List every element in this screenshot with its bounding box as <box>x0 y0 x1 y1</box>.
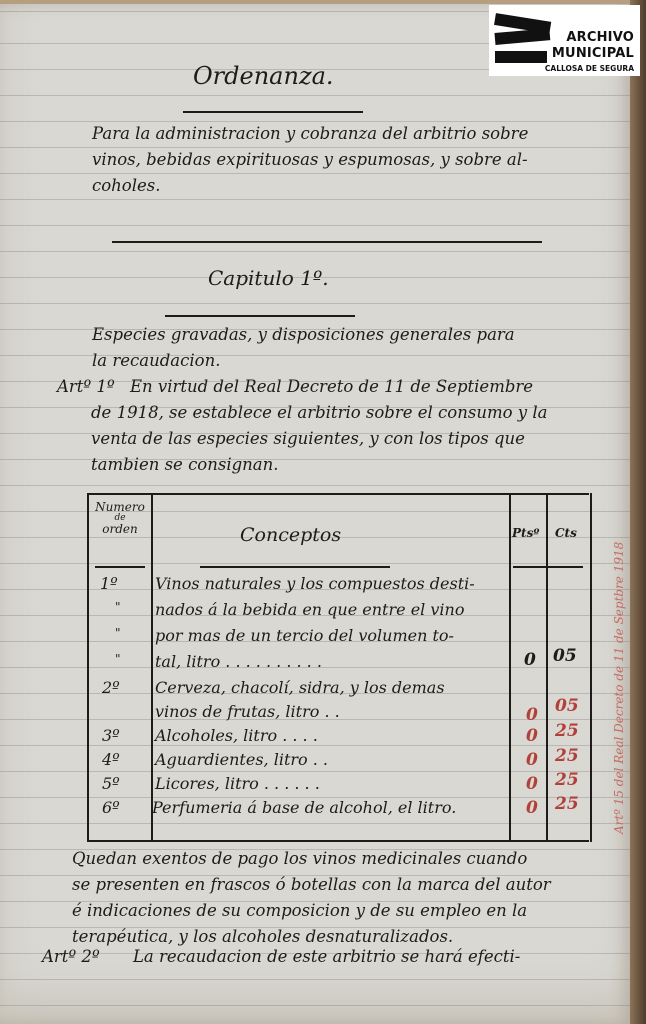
table-bottom-border <box>89 840 589 842</box>
row-concept: Perfumeria á base de alcohol, el litro. <box>152 798 456 817</box>
chapter-subtitle-line: la recaudacion. <box>92 348 515 374</box>
exemption-line: Quedan exentos de pago los vinos medicin… <box>72 846 551 872</box>
table-col-divider <box>546 493 548 842</box>
logo-text-location: CALLOSA DE SEGURA <box>545 64 634 73</box>
row-pesetas: 0 <box>526 774 538 794</box>
row-number: 1º <box>100 574 118 593</box>
chapter-title: Capitulo 1º. <box>208 266 329 290</box>
row-concept: nados á la bebida en que entre el vino <box>155 600 464 619</box>
header-pesetas: Ptsº <box>512 526 539 540</box>
row-centimos: 25 <box>555 746 579 766</box>
row-centimos: 25 <box>555 794 579 814</box>
row-concept: Aguardientes, litro . . <box>155 750 328 769</box>
row-concept: vinos de frutas, litro . . <box>155 702 340 721</box>
row-number: 4º <box>102 750 120 769</box>
row-number: 5º <box>102 774 120 793</box>
paper-right-edge <box>630 0 646 1024</box>
logo-text-archivo: ARCHIVO <box>566 30 634 45</box>
logo-text-municipal: MUNICIPAL <box>552 46 634 61</box>
header-text: orden <box>89 523 151 536</box>
header-centimos: Cts <box>555 526 577 540</box>
row-concept: Cerveza, chacolí, sidra, y los demas <box>155 678 445 697</box>
row-number: " <box>115 600 121 614</box>
table-col-divider <box>151 493 153 842</box>
row-number: " <box>115 626 121 640</box>
row-pesetas: 0 <box>526 726 538 746</box>
archive-logo: ARCHIVO MUNICIPAL CALLOSA DE SEGURA <box>489 5 640 76</box>
row-number: 2º <box>102 678 120 697</box>
chapter-subtitle-line: Especies gravadas, y disposiciones gener… <box>92 322 515 348</box>
row-pesetas: 0 <box>524 650 536 670</box>
row-concept: por mas de un tercio del volumen to- <box>155 626 454 645</box>
header-numero-orden: Numero de orden <box>89 501 151 536</box>
article-2-label: Artº 2º <box>42 947 100 966</box>
header-conceptos: Conceptos <box>240 524 341 546</box>
logo-stripe-icon <box>495 51 547 63</box>
table-right-border <box>590 493 592 842</box>
row-number: 3º <box>102 726 120 745</box>
header-underline <box>95 566 145 568</box>
exemption-paragraph: Quedan exentos de pago los vinos medicin… <box>72 846 551 950</box>
row-pesetas: 0 <box>526 798 538 818</box>
margin-annotation: Artº 15 del Real Decreto de 11 de Septbr… <box>612 542 626 834</box>
article-1-line: de 1918, se establece el arbitrio sobre … <box>57 400 547 426</box>
article-2-text: La recaudacion de este arbitrio se hará … <box>133 947 520 966</box>
intro-line: coholes. <box>92 173 528 199</box>
row-concept: Alcoholes, litro . . . . <box>155 726 318 745</box>
article-1-label: Artº 1º <box>57 377 115 396</box>
logo-stripe-icon <box>494 28 550 45</box>
article-2: Artº 2º La recaudacion de este arbitrio … <box>42 944 520 970</box>
intro-line: vinos, bebidas expirituosas y espumosas,… <box>92 147 528 173</box>
row-centimos: 25 <box>555 770 579 790</box>
section-divider <box>112 241 542 243</box>
article-1: Artº 1º En virtud del Real Decreto de 11… <box>57 374 547 478</box>
article-1-line: tambien se consignan. <box>57 452 547 478</box>
row-pesetas: 0 <box>526 705 538 725</box>
table-top-border <box>89 493 589 495</box>
intro-paragraph: Para la administracion y cobranza del ar… <box>92 121 528 199</box>
row-number: " <box>115 652 121 666</box>
chapter-subtitle: Especies gravadas, y disposiciones gener… <box>92 322 515 374</box>
row-centimos: 05 <box>555 696 579 716</box>
intro-line: Para la administracion y cobranza del ar… <box>92 121 528 147</box>
row-centimos: 05 <box>553 646 577 666</box>
document-page: Ordenanza. Para la administracion y cobr… <box>0 4 632 1024</box>
row-concept: Vinos naturales y los compuestos desti- <box>155 574 475 593</box>
table-left-border <box>87 493 89 842</box>
exemption-line: é indicaciones de su composicion y de su… <box>72 898 551 924</box>
row-number: 6º <box>102 798 120 817</box>
header-underline <box>513 566 583 568</box>
row-centimos: 25 <box>555 721 579 741</box>
header-underline <box>200 566 390 568</box>
table-col-divider <box>509 493 511 842</box>
article-1-line: venta de las especies siguientes, y con … <box>57 426 547 452</box>
chapter-underline <box>165 315 355 317</box>
document-title: Ordenanza. <box>193 62 334 90</box>
row-concept: Licores, litro . . . . . . <box>155 774 320 793</box>
row-concept: tal, litro . . . . . . . . . . <box>155 652 322 671</box>
row-pesetas: 0 <box>526 750 538 770</box>
exemption-line: se presenten en frascos ó botellas con l… <box>72 872 551 898</box>
article-1-line: En virtud del Real Decreto de 11 de Sept… <box>130 377 533 396</box>
title-underline <box>183 111 363 113</box>
